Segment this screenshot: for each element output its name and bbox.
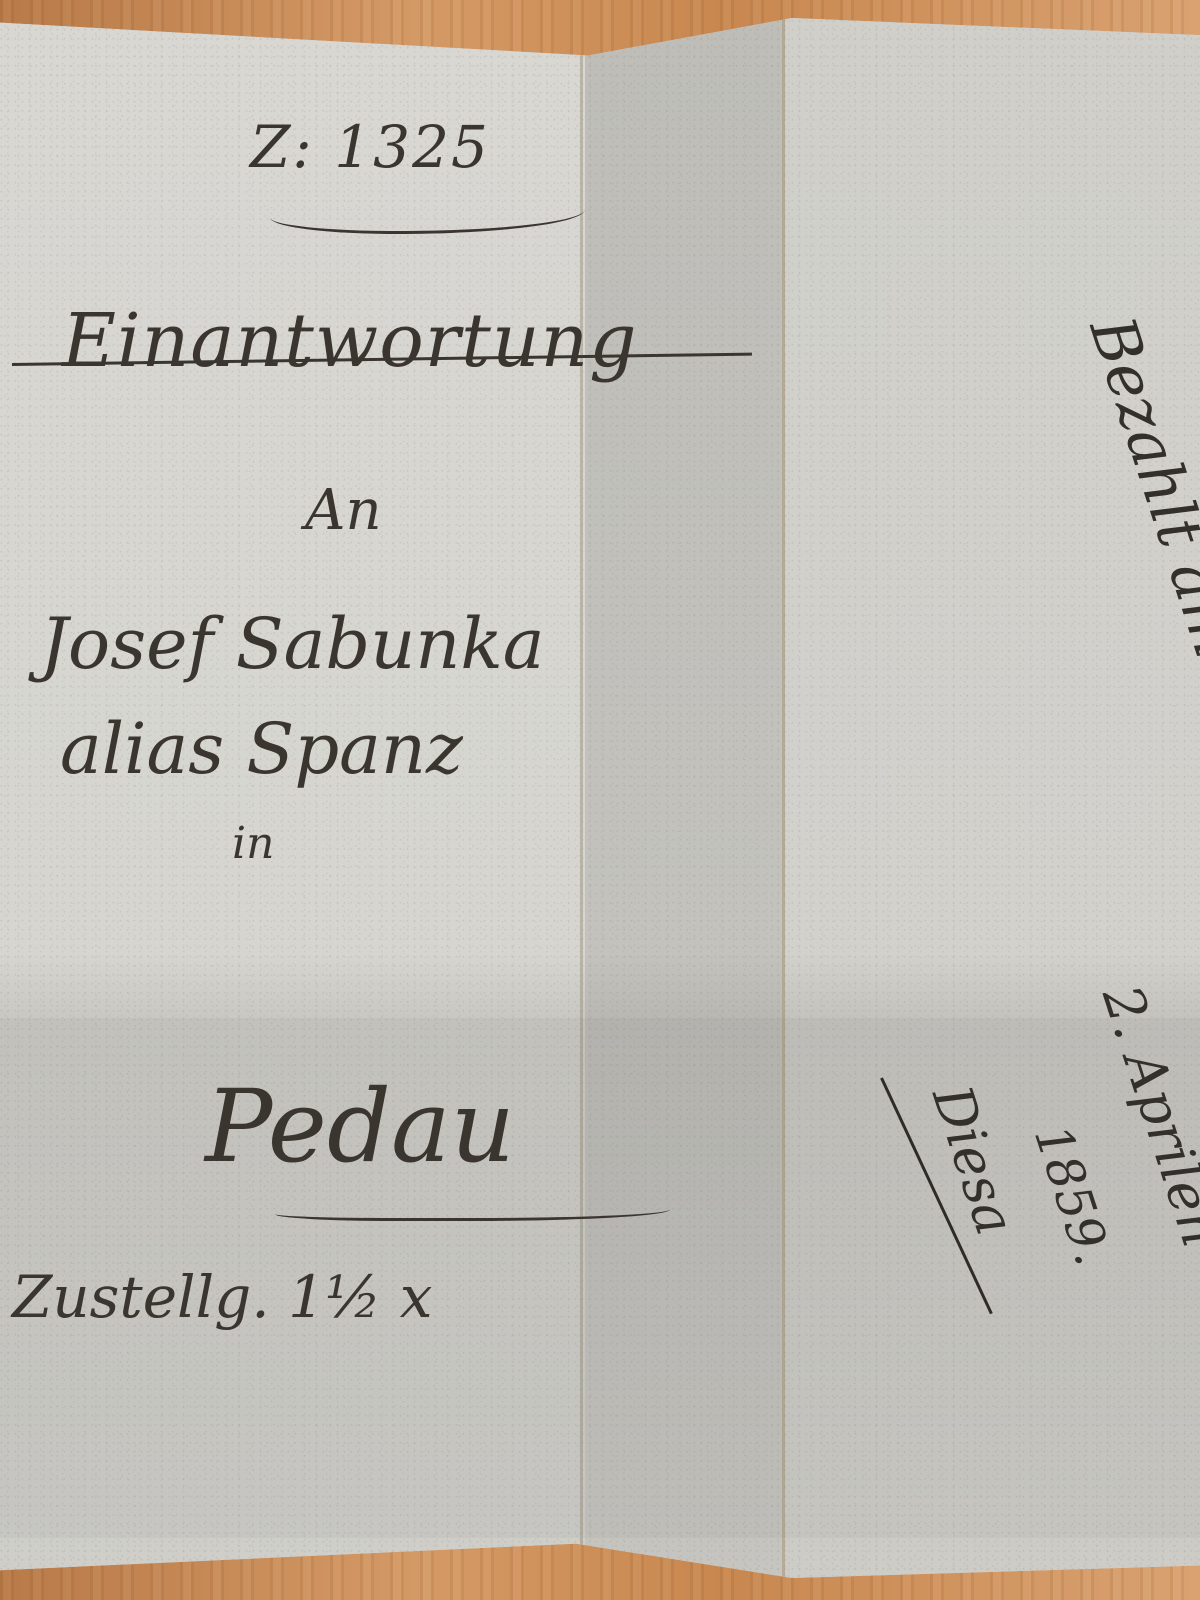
place-flourish — [275, 1198, 670, 1221]
fold-crease-right — [782, 18, 785, 1578]
recipient-name: Josef Sabunka — [40, 603, 545, 685]
document-heading: Einantwortung — [62, 298, 638, 384]
reference-number: Z: 1325 — [250, 113, 490, 181]
delivery-fee-note: Zustellg. 1½ x — [12, 1263, 432, 1331]
address-preposition: in — [232, 818, 274, 869]
paper-texture — [0, 18, 1200, 1578]
recipient-alias: alias Spanz — [60, 708, 463, 790]
fold-crease-left — [580, 18, 583, 1578]
folded-letter-cover: Z: 1325 Einantwortung An Josef Sabunka a… — [0, 18, 1200, 1578]
address-salutation: An — [305, 478, 382, 543]
recipient-place: Pedau — [205, 1068, 515, 1185]
